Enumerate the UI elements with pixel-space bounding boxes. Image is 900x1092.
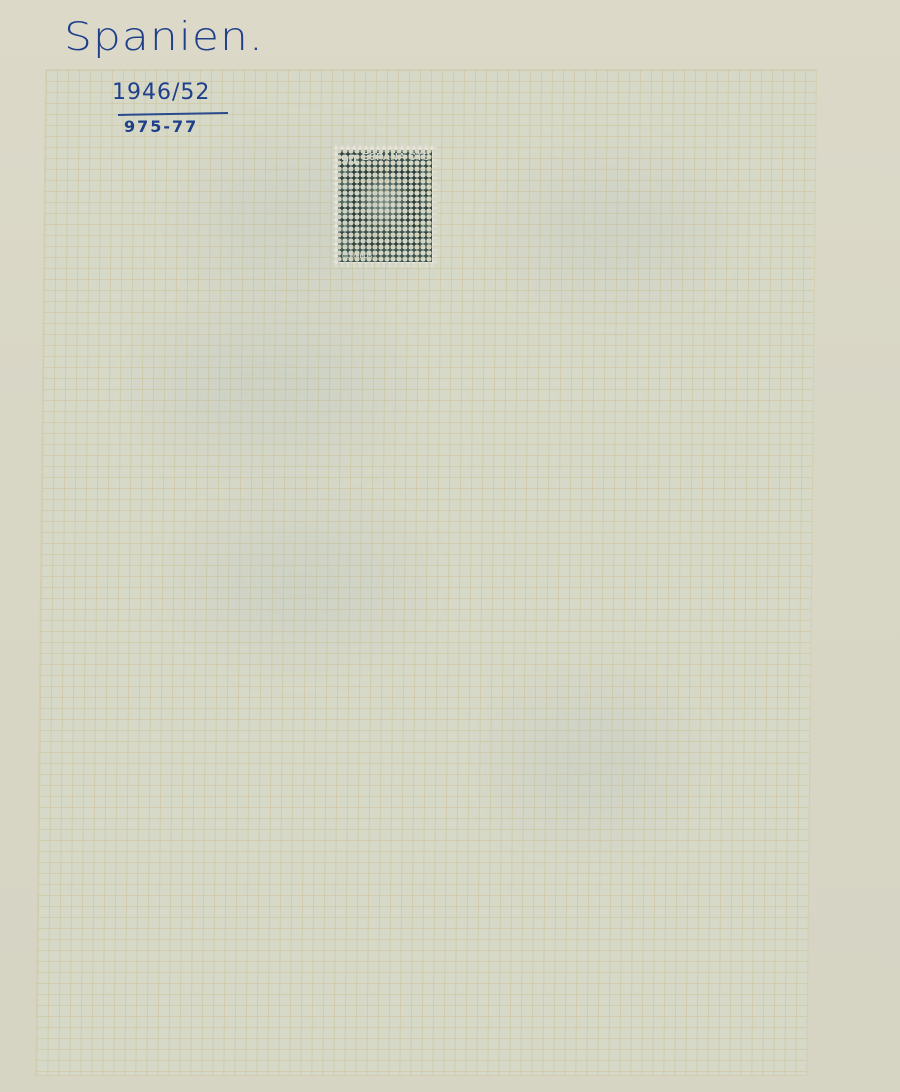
stamp-design: 90 ESPANA CTS CORREOS [338, 150, 432, 262]
stamp-side-ornament [338, 168, 350, 248]
paper-shading [510, 700, 670, 820]
stamp-inscription: CORREOS [342, 254, 372, 260]
period-label: 1946/52 [112, 80, 210, 105]
paper-shading [160, 320, 380, 450]
postmark-cancellation [392, 150, 432, 262]
stamp[interactable]: 90 ESPANA CTS CORREOS [333, 145, 437, 267]
page-heading: Spanien. [64, 14, 264, 60]
paper-shading [520, 180, 700, 280]
paper-shading [200, 520, 400, 640]
catalog-numbers: 975-77 [124, 117, 198, 136]
album-page: Spanien. 1946/52 975-77 90 ESPANA CTS CO… [0, 0, 900, 1092]
stamp-denomination: 90 [340, 151, 358, 167]
